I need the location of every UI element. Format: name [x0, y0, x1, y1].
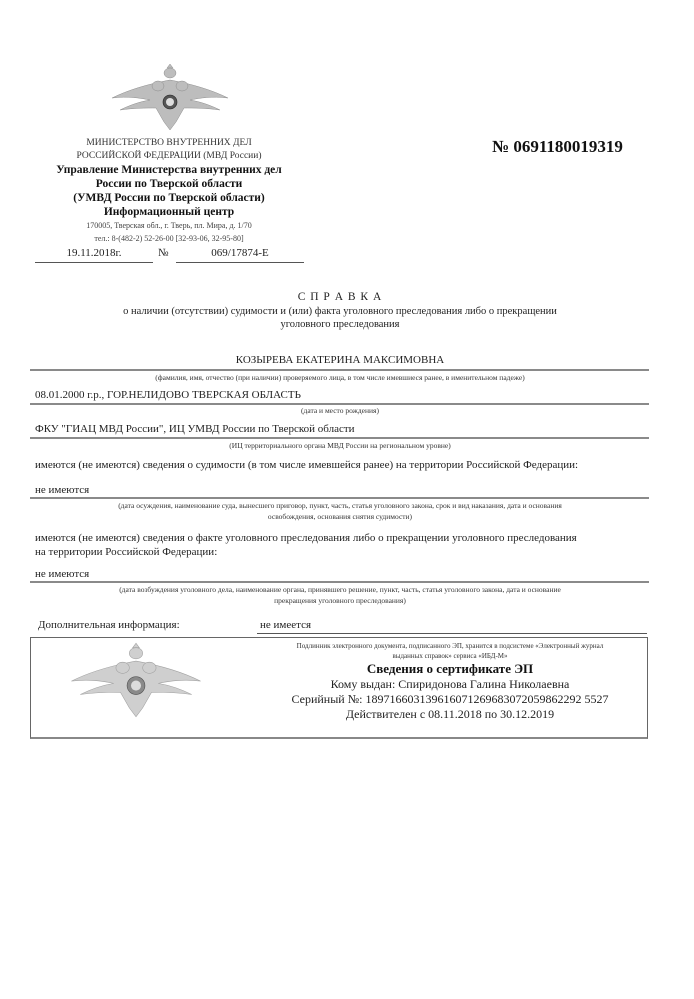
person-birth-date-place: 08.01.2000 г.р., ГОР.НЕЛИДОВО ТВЕРСКАЯ О…	[35, 388, 301, 402]
prosecution-question-line-1: имеются (не имеются) сведения о факте уг…	[35, 531, 577, 545]
mvd-emblem-icon	[108, 62, 232, 132]
document-subtitle-line-1: о наличии (отсутствии) судимости и (или)…	[30, 305, 650, 318]
person-full-name: КОЗЫРЕВА ЕКАТЕРИНА МАКСИМОВНА	[30, 353, 650, 367]
certificate-issued-to: Кому выдан: Спиридонова Галина Николаевн…	[255, 677, 645, 692]
department-line-4: Информационный центр	[30, 205, 308, 219]
certificate-note-line-1: Подлинник электронного документа, подпис…	[255, 641, 645, 651]
certificate-validity: Действителен с 08.11.2018 по 30.12.2019	[255, 707, 645, 722]
prosecution-answer: не имеются	[35, 567, 89, 581]
additional-info-value: не имеется	[260, 618, 311, 632]
conviction-caption-line-2: освобождения, основания снятия судимости…	[30, 511, 650, 522]
conviction-question: имеются (не имеются) сведения о судимост…	[35, 458, 578, 472]
certificate-heading: Сведения о сертификате ЭП	[255, 661, 645, 677]
certificate-serial: Серийный №: 1897166031396160712696830720…	[255, 692, 645, 707]
document-subtitle-line-2: уголовного преследования	[30, 318, 650, 331]
document-number: № 0691180019319	[492, 137, 623, 157]
document-title: С П Р А В К А	[30, 291, 650, 303]
outgoing-number: 069/17874-Е	[176, 247, 304, 259]
birth-caption: (дата и место рождения)	[30, 405, 650, 416]
department-line-3: (УМВД России по Тверской области)	[30, 191, 308, 205]
additional-info-label: Дополнительная информация:	[38, 618, 180, 632]
number-sign: №	[158, 247, 169, 259]
issue-date: 19.11.2018г.	[35, 247, 153, 259]
issuer-organization: ФКУ "ГИАЦ МВД России", ИЦ УМВД России по…	[35, 422, 355, 436]
prosecution-question-line-2: на территории Российской Федерации:	[35, 545, 577, 559]
mvd-emblem-watermark-icon	[60, 641, 212, 719]
department-line-2: России по Тверской области	[30, 177, 308, 191]
department-address: 170005, Тверская обл., г. Тверь, пл. Мир…	[30, 219, 308, 232]
conviction-caption-line-1: (дата осуждения, наименование суда, выне…	[30, 500, 650, 511]
issuer-caption: (ИЦ территориального органа МВД России н…	[30, 440, 650, 451]
conviction-answer: не имеются	[35, 483, 89, 497]
prosecution-caption-line-1: (дата возбуждения уголовного дела, наиме…	[30, 584, 650, 595]
department-phone: тел.: 8-(482-2) 52-26-00 [32-93-06, 32-9…	[30, 232, 308, 245]
ministry-line-1: МИНИСТЕРСТВО ВНУТРЕННИХ ДЕЛ	[30, 137, 308, 150]
department-line-1: Управление Министерства внутренних дел	[30, 163, 308, 177]
prosecution-caption-line-2: прекращения уголовного преследования)	[30, 595, 650, 606]
certificate-note-line-2: выданных справок» сервиса «ИБД-М»	[255, 651, 645, 661]
ministry-line-2: РОССИЙСКОЙ ФЕДЕРАЦИИ (МВД России)	[30, 150, 308, 163]
full-name-caption: (фамилия, имя, отчество (при наличии) пр…	[30, 372, 650, 383]
